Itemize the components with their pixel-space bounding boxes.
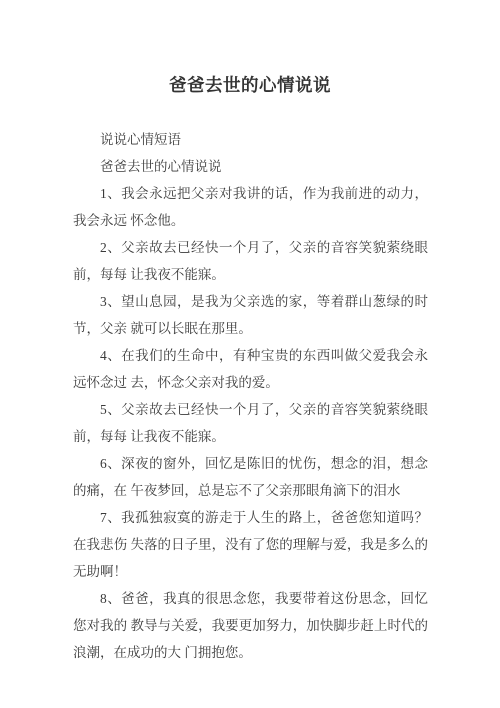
paragraph-item-6: 6、深夜的窗外，回忆是陈旧的忧伤，想念的泪，想念的痛，在 午夜梦回，总是忘不了父…	[73, 450, 428, 504]
paragraph-item-8: 8、爸爸，我真的很思念您，我要带着这份思念，回忆您对我的 教导与关爱，我要更加努…	[73, 585, 428, 666]
document-title: 爸爸去世的心情说说	[0, 72, 500, 98]
paragraph-item-1: 1、我会永远把父亲对我讲的话，作为我前进的动力，我会永远 怀念他。	[73, 180, 428, 234]
document-body: 说说心情短语 爸爸去世的心情说说 1、我会永远把父亲对我讲的话，作为我前进的动力…	[73, 126, 428, 666]
paragraph-item-3: 3、望山息园，是我为父亲选的家，等着群山葱绿的时节，父亲 就可以长眠在那里。	[73, 288, 428, 342]
paragraph-item-7: 7、我孤独寂寞的游走于人生的路上，爸爸您知道吗？在我悲伤 失落的日子里，没有了您…	[73, 504, 428, 585]
document-page: 爸爸去世的心情说说 说说心情短语 爸爸去世的心情说说 1、我会永远把父亲对我讲的…	[0, 0, 500, 708]
paragraph-subtitle: 说说心情短语	[73, 126, 428, 153]
paragraph-item-2: 2、父亲故去已经快一个月了，父亲的音容笑貌萦绕眼前，每每 让我夜不能寐。	[73, 234, 428, 288]
paragraph-item-4: 4、在我们的生命中，有种宝贵的东西叫做父爱我会永远怀念过 去，怀念父亲对我的爱。	[73, 342, 428, 396]
paragraph-heading: 爸爸去世的心情说说	[73, 153, 428, 180]
paragraph-item-5: 5、父亲故去已经快一个月了，父亲的音容笑貌萦绕眼前，每每 让我夜不能寐。	[73, 396, 428, 450]
